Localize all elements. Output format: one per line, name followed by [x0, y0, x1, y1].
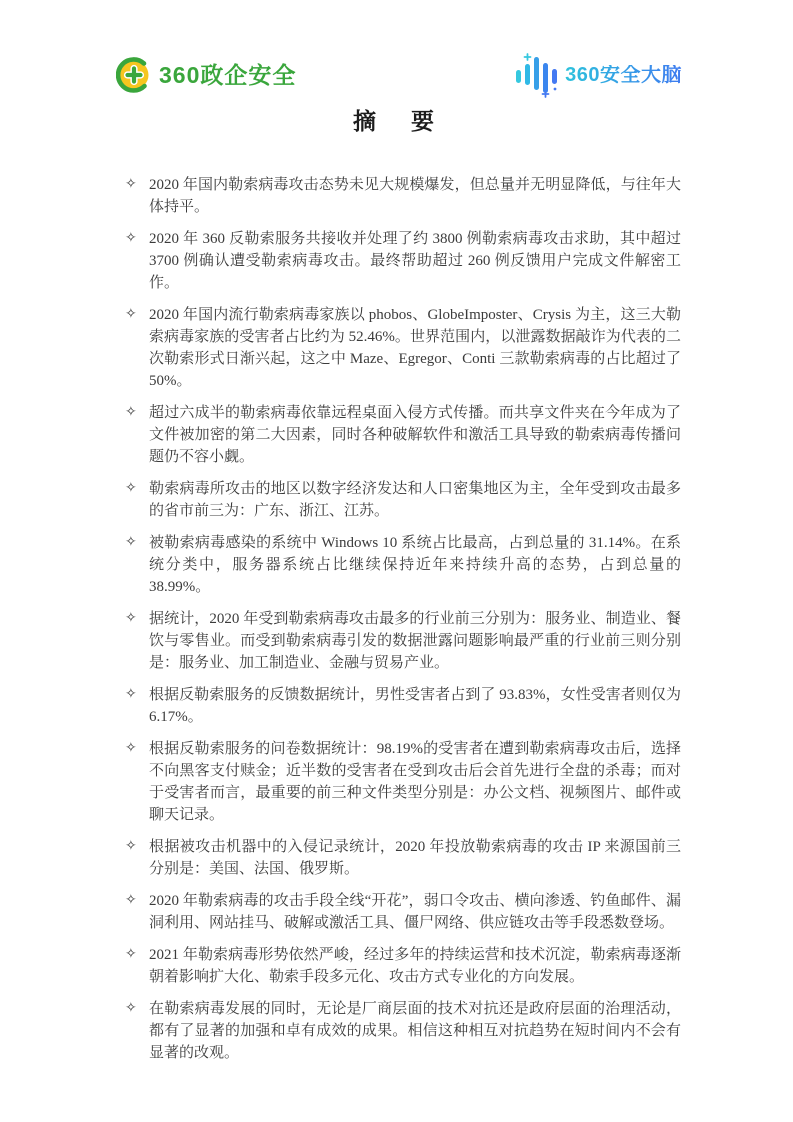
bullet-text: 2020 年勒索病毒的攻击手段全线“开花”，弱口令攻击、横向渗透、钓鱼邮件、漏洞…: [149, 893, 681, 931]
list-item: ✧2020 年 360 反勒索服务共接收并处理了约 3800 例勒索病毒攻击求助…: [123, 228, 681, 294]
bullet-text: 2020 年国内流行勒索病毒家族以 phobos、GlobeImposter、C…: [149, 307, 681, 389]
list-item: ✧被勒索病毒感染的系统中 Windows 10 系统占比最高，占到总量的 31.…: [123, 532, 681, 598]
diamond-bullet-icon: ✧: [125, 738, 137, 760]
bullet-text: 2020 年国内勒索病毒攻击态势未见大规模爆发，但总量并无明显降低，与往年大体持…: [149, 177, 681, 215]
audio-bars-plus-icon: [514, 52, 558, 98]
page-title: 摘 要: [0, 106, 793, 136]
list-item: ✧2020 年国内勒索病毒攻击态势未见大规模爆发，但总量并无明显降低，与往年大体…: [123, 174, 681, 218]
diamond-bullet-icon: ✧: [125, 304, 137, 326]
bullet-text: 被勒索病毒感染的系统中 Windows 10 系统占比最高，占到总量的 31.1…: [149, 535, 681, 595]
bullet-text: 勒索病毒所攻击的地区以数字经济发达和人口密集地区为主，全年受到攻击最多的省市前三…: [149, 481, 681, 519]
diamond-bullet-icon: ✧: [125, 478, 137, 500]
list-item: ✧根据被攻击机器中的入侵记录统计，2020 年投放勒索病毒的攻击 IP 来源国前…: [123, 836, 681, 880]
right-logo-text: 360安全大脑: [565, 65, 682, 85]
list-item: ✧勒索病毒所攻击的地区以数字经济发达和人口密集地区为主，全年受到攻击最多的省市前…: [123, 478, 681, 522]
bullet-text: 根据反勒索服务的反馈数据统计，男性受害者占到了 93.83%，女性受害者则仅为 …: [149, 687, 681, 725]
list-item: ✧根据反勒索服务的反馈数据统计，男性受害者占到了 93.83%，女性受害者则仅为…: [123, 684, 681, 728]
bullet-text: 超过六成半的勒索病毒依靠远程桌面入侵方式传播。而共享文件夹在今年成为了文件被加密…: [149, 405, 681, 465]
list-item: ✧超过六成半的勒索病毒依靠远程桌面入侵方式传播。而共享文件夹在今年成为了文件被加…: [123, 402, 681, 468]
360-circle-plus-icon: [116, 57, 152, 93]
360-security-brain-logo: 360安全大脑: [514, 52, 682, 98]
list-item: ✧根据反勒索服务的问卷数据统计：98.19%的受害者在遭到勒索病毒攻击后，选择不…: [123, 738, 681, 826]
diamond-bullet-icon: ✧: [125, 402, 137, 424]
list-item: ✧2020 年国内流行勒索病毒家族以 phobos、GlobeImposter、…: [123, 304, 681, 392]
bullet-text: 根据反勒索服务的问卷数据统计：98.19%的受害者在遭到勒索病毒攻击后，选择不向…: [149, 741, 681, 823]
header: 360政企安全 360安全大脑: [0, 52, 793, 98]
diamond-bullet-icon: ✧: [125, 174, 137, 196]
list-item: ✧据统计，2020 年受到勒索病毒攻击最多的行业前三分别为：服务业、制造业、餐饮…: [123, 608, 681, 674]
bullet-text: 根据被攻击机器中的入侵记录统计，2020 年投放勒索病毒的攻击 IP 来源国前三…: [149, 839, 681, 877]
list-item: ✧2020 年勒索病毒的攻击手段全线“开花”，弱口令攻击、横向渗透、钓鱼邮件、漏…: [123, 890, 681, 934]
diamond-bullet-icon: ✧: [125, 836, 137, 858]
bullet-text: 据统计，2020 年受到勒索病毒攻击最多的行业前三分别为：服务业、制造业、餐饮与…: [149, 611, 681, 671]
360-gov-enterprise-logo: 360政企安全: [116, 57, 296, 93]
diamond-bullet-icon: ✧: [125, 532, 137, 554]
summary-list: ✧2020 年国内勒索病毒攻击态势未见大规模爆发，但总量并无明显降低，与往年大体…: [123, 174, 681, 1064]
diamond-bullet-icon: ✧: [125, 684, 137, 706]
bullet-text: 2021 年勒索病毒形势依然严峻，经过多年的持续运营和技术沉淀，勒索病毒逐渐朝着…: [149, 947, 681, 985]
left-logo-text: 360政企安全: [159, 64, 296, 87]
diamond-bullet-icon: ✧: [125, 228, 137, 250]
document-page: 360政企安全 360安全大脑 摘 要 ✧2020 年国内勒索病毒攻击态势未见大…: [0, 0, 793, 1122]
bullet-text: 2020 年 360 反勒索服务共接收并处理了约 3800 例勒索病毒攻击求助，…: [149, 231, 681, 291]
diamond-bullet-icon: ✧: [125, 608, 137, 630]
bullet-text: 在勒索病毒发展的同时，无论是厂商层面的技术对抗还是政府层面的治理活动，都有了显著…: [149, 1001, 681, 1061]
diamond-bullet-icon: ✧: [125, 890, 137, 912]
diamond-bullet-icon: ✧: [125, 944, 137, 966]
list-item: ✧在勒索病毒发展的同时，无论是厂商层面的技术对抗还是政府层面的治理活动，都有了显…: [123, 998, 681, 1064]
diamond-bullet-icon: ✧: [125, 998, 137, 1020]
list-item: ✧2021 年勒索病毒形势依然严峻，经过多年的持续运营和技术沉淀，勒索病毒逐渐朝…: [123, 944, 681, 988]
